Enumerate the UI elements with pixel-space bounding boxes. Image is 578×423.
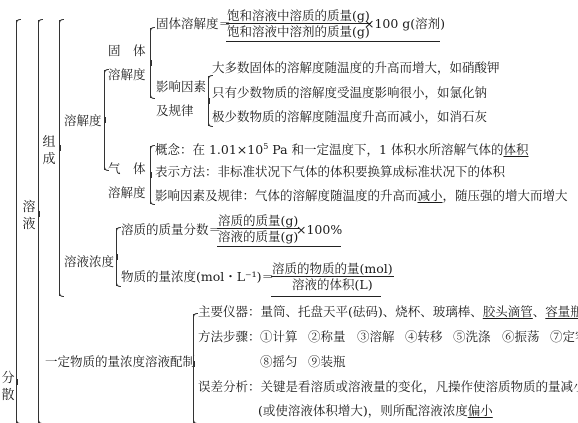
step-item: ④转移 bbox=[405, 330, 443, 344]
gas-concept-prefix: 概念：在 1.01×10 bbox=[155, 142, 263, 157]
molarity-fraction: 溶质的物质的量(mol) 溶液的体积(L) bbox=[271, 261, 394, 292]
error-analysis-line2: (或使溶液体积增大)，则所配溶液浓度偏小 bbox=[258, 404, 493, 418]
solid-solubility-label-2: 溶解度 bbox=[108, 68, 146, 82]
instruments-prefix: 主要仪器：量筒、托盘天平(砝码)、烧杯、玻璃棒、 bbox=[198, 304, 483, 319]
step-item: ⑧摇匀 bbox=[260, 355, 298, 369]
instruments-volumetric-flask: 容量瓶 bbox=[545, 304, 578, 319]
composition-label-top: 组 bbox=[42, 134, 56, 151]
gas-solubility-label-1: 气 体 bbox=[108, 162, 146, 176]
gas-solubility-label-2: 溶解度 bbox=[108, 186, 146, 200]
solid-solubility-brace-tip bbox=[147, 60, 152, 66]
composition-brace bbox=[59, 20, 60, 296]
gas-concept-underlined: 体积 bbox=[503, 142, 528, 157]
composition-brace-tip bbox=[56, 145, 61, 151]
step-item: ⑤洗涤 bbox=[453, 330, 491, 344]
solution-brace bbox=[38, 20, 39, 423]
error-analysis-line1: 误差分析：关键是看溶质或溶液量的变化，凡操作使溶质物质的量减小 bbox=[198, 380, 578, 394]
step-item: ⑦定容 bbox=[550, 330, 578, 344]
step-item: ③溶解 bbox=[357, 330, 395, 344]
molarity-numerator: 溶质的物质的量(mol) bbox=[271, 261, 394, 277]
step-item: ②称量 bbox=[308, 330, 346, 344]
mass-fraction-underline bbox=[217, 246, 341, 247]
gas-factors-suffix: ，随压强的增大而增大 bbox=[443, 188, 568, 203]
solid-solubility-label-1: 固 体 bbox=[108, 44, 146, 58]
mass-fraction-fraction: 溶质的质量(g) 溶液的质量(g) bbox=[217, 213, 299, 244]
steps-label: 方法步骤： bbox=[198, 330, 261, 344]
instruments-dropper: 胶头滴管 bbox=[483, 304, 533, 319]
dispersion-label-top: 分 bbox=[1, 370, 15, 387]
dispersion-brace bbox=[16, 20, 17, 423]
error-analysis-underlined: 偏小 bbox=[468, 403, 493, 418]
mass-fraction-tail: ×100% bbox=[296, 223, 342, 237]
solid-factor-item: 大多数固体的溶解度随温度的升高而增大，如硝酸钾 bbox=[212, 61, 500, 75]
gas-factors-underlined: 减小 bbox=[418, 188, 443, 203]
solid-formula-tail: ×100 g(溶剂) bbox=[364, 17, 445, 31]
gas-solubility-brace-tip bbox=[147, 172, 152, 178]
error-analysis-line2-prefix: (或使溶液体积增大)，则所配溶液浓度 bbox=[258, 403, 468, 418]
molarity-underline bbox=[271, 296, 381, 297]
composition-label-bottom: 成 bbox=[42, 151, 56, 168]
solid-formula-numerator: 饱和溶液中溶质的质量(g) bbox=[226, 8, 371, 24]
gas-concept: 概念：在 1.01×105 Pa 和一定温度下，1 体积水所溶解气体的体积 bbox=[155, 140, 528, 157]
solubility-label: 溶解度 bbox=[64, 114, 102, 128]
preparation-brace bbox=[193, 314, 194, 423]
solid-factor-item: 极少数物质的溶解度随温度升高而减小，如消石灰 bbox=[212, 110, 487, 124]
gas-representation: 表示方法：非标准状况下气体的体积要换算成标准状况下的体积 bbox=[155, 165, 505, 179]
solid-formula-denominator: 饱和溶液中溶剂的质量(g) bbox=[226, 24, 371, 39]
solid-formula-lhs: 固体溶解度＝ bbox=[156, 17, 231, 31]
step-item: ⑨装瓶 bbox=[308, 355, 346, 369]
concentration-label: 溶液浓度 bbox=[64, 255, 114, 269]
solubility-brace-tip bbox=[101, 117, 106, 123]
molarity-denominator: 溶液的体积(L) bbox=[271, 277, 394, 292]
solid-formula-underline bbox=[226, 41, 440, 42]
step-item: ①计算 bbox=[260, 330, 298, 344]
mass-fraction-numerator: 溶质的质量(g) bbox=[217, 213, 299, 229]
solid-factors-label-2: 及规律 bbox=[156, 104, 194, 118]
preparation-label: 一定物质的量浓度溶液配制 bbox=[45, 355, 195, 369]
dispersion-label-bottom: 散 bbox=[1, 387, 15, 404]
step-item: ⑥振荡 bbox=[502, 330, 540, 344]
solid-factors-label-1: 影响因素 bbox=[156, 80, 206, 94]
mass-fraction-lhs: 溶质的质量分数＝ bbox=[121, 223, 221, 237]
solution-label-bottom: 液 bbox=[22, 216, 36, 233]
solid-formula-fraction: 饱和溶液中溶质的质量(g) 饱和溶液中溶剂的质量(g) bbox=[226, 8, 371, 39]
concentration-brace-tip bbox=[113, 254, 118, 260]
instruments-sep: 、 bbox=[533, 304, 546, 319]
molarity-lhs: 物质的量浓度(mol・L⁻¹)＝ bbox=[121, 270, 274, 284]
instruments: 主要仪器：量筒、托盘天平(砝码)、烧杯、玻璃棒、胶头滴管、容量瓶 bbox=[198, 305, 578, 319]
mass-fraction-denominator: 溶液的质量(g) bbox=[217, 229, 299, 244]
gas-factors-prefix: 影响因素及规律：气体的溶解度随温度的升高而 bbox=[155, 188, 418, 203]
gas-factors: 影响因素及规律：气体的溶解度随温度的升高而减小，随压强的增大而增大 bbox=[155, 189, 568, 203]
preparation-brace-tip bbox=[190, 361, 195, 367]
solid-factors-brace-tip bbox=[205, 98, 210, 104]
solid-factor-item: 只有少数物质的溶解度受温度影响很小，如氯化钠 bbox=[212, 86, 487, 100]
gas-concept-mid: Pa 和一定温度下，1 体积水所溶解气体的 bbox=[268, 142, 503, 157]
solution-label-top: 溶 bbox=[22, 199, 36, 216]
